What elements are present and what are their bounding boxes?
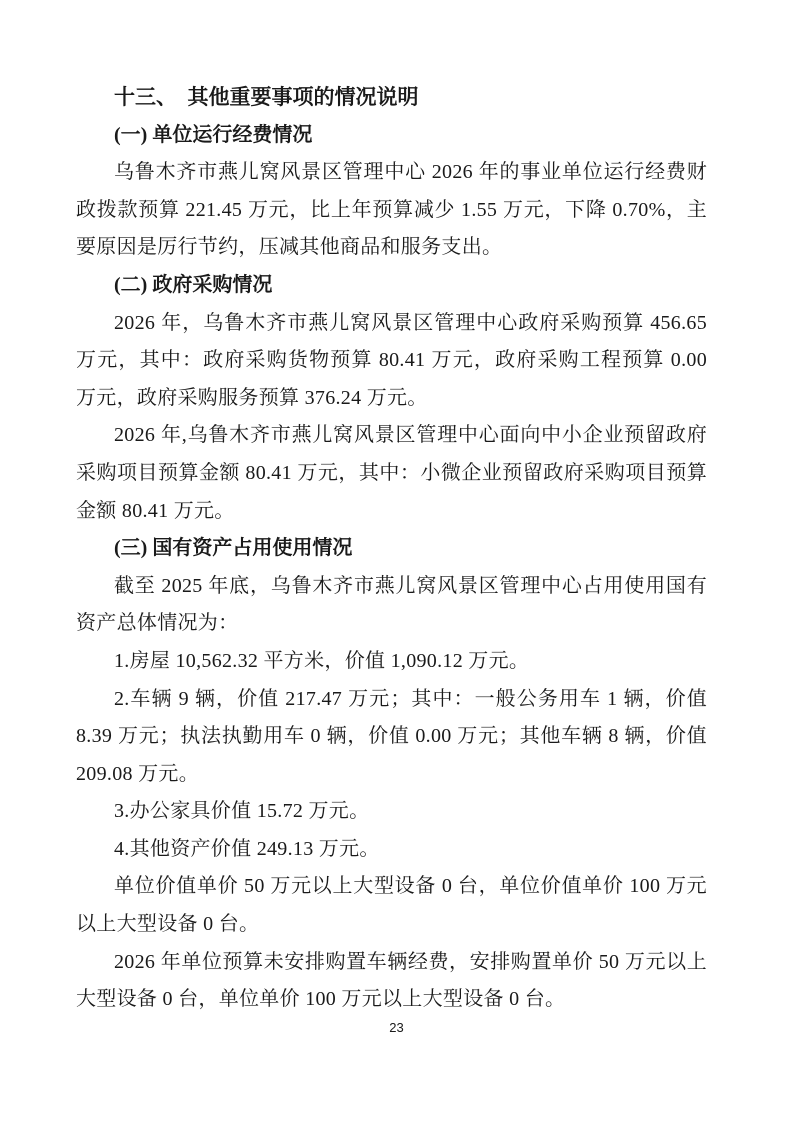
document-body: 十三、 其他重要事项的情况说明 (一) 单位运行经费情况 乌鲁木齐市燕儿窝风景区… (76, 79, 707, 1019)
document-page: 十三、 其他重要事项的情况说明 (一) 单位运行经费情况 乌鲁木齐市燕儿窝风景区… (0, 0, 793, 1122)
section-title-state-owned-assets: (三) 国有资产占用使用情况 (76, 530, 707, 568)
paragraph-large-equipment: 单位价值单价 50 万元以上大型设备 0 台，单位价值单价 100 万元以上大型… (76, 868, 707, 943)
page-number: 23 (0, 1020, 793, 1035)
paragraph-operating-expenses: 乌鲁木齐市燕儿窝风景区管理中心 2026 年的事业单位运行经费财政拨款预算 22… (76, 154, 707, 267)
paragraph-sme-reserved-procurement: 2026 年,乌鲁木齐市燕儿窝风景区管理中心面向中小企业预留政府采购项目预算金额… (76, 417, 707, 530)
paragraph-assets-vehicles: 2.车辆 9 辆，价值 217.47 万元；其中：一般公务用车 1 辆，价值 8… (76, 681, 707, 794)
paragraph-assets-overview: 截至 2025 年底，乌鲁木齐市燕儿窝风景区管理中心占用使用国有资产总体情况为： (76, 568, 707, 643)
paragraph-assets-other: 4.其他资产价值 249.13 万元。 (76, 831, 707, 869)
paragraph-assets-housing: 1.房屋 10,562.32 平方米，价值 1,090.12 万元。 (76, 643, 707, 681)
paragraph-assets-furniture: 3.办公家具价值 15.72 万元。 (76, 793, 707, 831)
document-heading: 十三、 其他重要事项的情况说明 (76, 79, 707, 117)
section-title-unit-operating-expenses: (一) 单位运行经费情况 (76, 117, 707, 155)
paragraph-2026-purchase-plan: 2026 年单位预算未安排购置车辆经费，安排购置单价 50 万元以上大型设备 0… (76, 944, 707, 1019)
paragraph-procurement-budget: 2026 年，乌鲁木齐市燕儿窝风景区管理中心政府采购预算 456.65 万元，其… (76, 305, 707, 418)
section-title-government-procurement: (二) 政府采购情况 (76, 267, 707, 305)
